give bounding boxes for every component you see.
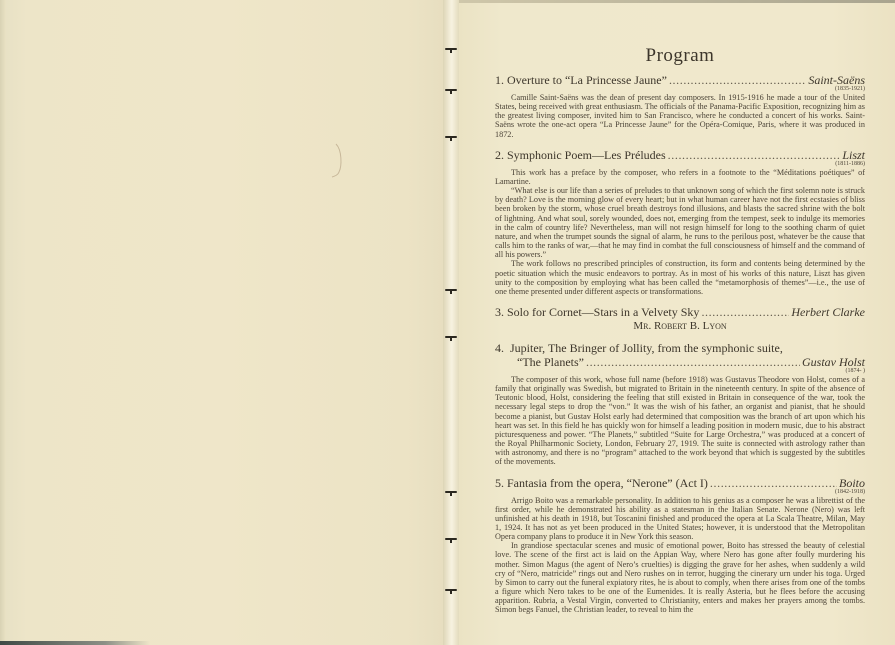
entry-performer: Mr. Robert B. Lyon [495,320,865,332]
binding-stitch [443,538,459,541]
composer-dates: (1842-1918) [495,489,865,496]
entry-number: 2. [495,148,504,162]
composer-dates: (1835-1921) [495,86,865,93]
entry-note-paragraph: The work follows no prescribed principle… [495,259,865,296]
binding-gutter [443,0,459,645]
entry-number: 5. [495,476,504,490]
entry-number: 4. [495,341,504,355]
program-content: Program 1. Overture to “La Princesse Jau… [495,45,865,624]
entry-note-paragraph: This work has a preface by the composer,… [495,168,865,186]
entry-composer: Gustav Holst [802,355,865,369]
dot-leader [710,476,837,490]
entry-heading-line-1: 4. Jupiter, The Bringer of Jollity, from… [495,341,865,355]
left-page-edge [0,0,6,645]
binding-stitch [443,336,459,339]
page-title: Program [495,45,865,67]
entry-composer: Herbert Clarke [791,305,865,319]
binding-stitch [443,136,459,139]
program-entry-3: 3. Solo for Cornet—Stars in a Velvety Sk… [495,305,865,332]
program-entry-5: 5. Fantasia from the opera, “Nerone” (Ac… [495,476,865,615]
binding-stitch [443,89,459,92]
dot-leader [586,355,800,369]
entry-work-title: Solo for Cornet—Stars in a Velvety Sky [507,305,699,319]
entry-note-paragraph: Arrigo Boito was a remarkable personalit… [495,496,865,542]
dot-leader [668,148,841,162]
entry-heading: 1. Overture to “La Princesse Jaune” Sain… [495,73,865,87]
program-entry-4: 4. Jupiter, The Bringer of Jollity, from… [495,341,865,467]
entry-work-title: Symphonic Poem—Les Préludes [507,148,666,162]
book-spread: Program 1. Overture to “La Princesse Jau… [0,0,895,645]
entry-composer: Liszt [842,148,865,162]
entry-work-title: Jupiter, The Bringer of Jollity, from th… [510,341,783,355]
binding-stitch [443,289,459,292]
composer-dates: (1874- ) [495,368,865,375]
entry-number: 3. [495,305,504,319]
entry-note-paragraph: In grandiose spectacular scenes and musi… [495,541,865,614]
dot-leader [669,73,806,87]
entry-composer: Saint-Saëns [808,73,865,87]
program-entry-2: 2. Symphonic Poem—Les Préludes Liszt (18… [495,148,865,296]
binding-stitch [443,589,459,592]
entry-composer: Boito [839,476,865,490]
entry-work-subtitle: “The Planets” [517,355,584,369]
composer-dates: (1811-1886) [495,161,865,168]
entry-work-title: Fantasia from the opera, “Nerone” (Act I… [507,476,708,490]
binding-stitch [443,48,459,51]
entry-heading: 3. Solo for Cornet—Stars in a Velvety Sk… [495,305,865,319]
entry-note-paragraph: The composer of this work, whose full na… [495,375,865,467]
right-page-top-edge [459,0,895,3]
pencil-mark-icon [330,142,344,180]
entry-heading: 5. Fantasia from the opera, “Nerone” (Ac… [495,476,865,490]
dot-leader [701,305,789,319]
left-page-blank [0,0,443,645]
entry-note-paragraph: “What else is our life than a series of … [495,186,865,259]
entry-heading: 2. Symphonic Poem—Les Préludes Liszt [495,148,865,162]
binding-stitch [443,491,459,494]
entry-heading-line-2: “The Planets” Gustav Holst [495,355,865,369]
left-page-bottom-shadow [0,641,150,645]
entry-number: 1. [495,73,504,87]
entry-work-title: Overture to “La Princesse Jaune” [507,73,667,87]
entry-note-paragraph: Camille Saint-Saëns was the dean of pres… [495,93,865,139]
program-entry-1: 1. Overture to “La Princesse Jaune” Sain… [495,73,865,139]
